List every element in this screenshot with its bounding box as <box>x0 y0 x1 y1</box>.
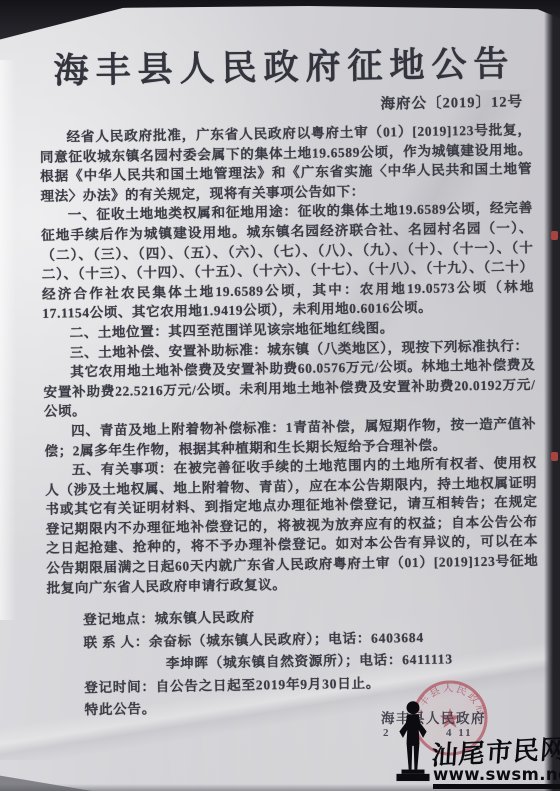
registration-time-value: 自公告之日起至2019年9月30日止。 <box>156 675 381 694</box>
document-photo: 海丰县人民政府征地公告 海府公〔2019〕12号 经省人民政府批准，广东省人民政… <box>0 0 560 791</box>
paragraph-compensation-rates: 其它农用地土地补偿费及安置补助费60.0576万元/公顷。林地土地补偿费及安置补… <box>43 355 536 422</box>
document-number: 海府公〔2019〕12号 <box>39 90 531 119</box>
paper-edge-highlight <box>0 60 16 620</box>
red-pin-icon <box>551 231 558 240</box>
registration-time-label: 登记时间： <box>84 679 156 695</box>
page-title: 海丰县人民政府征地公告 <box>38 36 531 94</box>
paragraph-section-5: 五、有关事项：在被完善征收手续的土地范围内的土地所有权者、使用权人（涉及土地权属… <box>45 453 539 598</box>
contact-person-label: 联 系 人： <box>83 634 149 650</box>
red-pin-icon <box>551 452 558 461</box>
contact-person-2: 李坤晖（城东镇自然资源所）；电话：6411113 <box>166 652 453 672</box>
announcement-document: 海丰县人民政府征地公告 海府公〔2019〕12号 经省人民政府批准，广东省人民政… <box>38 30 541 722</box>
paragraph-intro: 经省人民政府批准，广东省人民政府以粤府土审（01）[2019]123号批复，同意… <box>39 120 532 206</box>
photo-right-edge <box>544 0 560 791</box>
paragraph-section-1: 一、征收土地地类权属和征地用途：征收的集体土地19.6589公顷，经完善征地手续… <box>41 198 535 323</box>
contact-person-1: 余奋标（城东镇人民政府）；电话：6403684 <box>149 630 424 649</box>
watermark-site-url: www.swsm.net <box>433 765 560 789</box>
registration-location-label: 登记地点： <box>83 611 155 627</box>
person-silhouette-icon <box>390 694 436 789</box>
registration-location-value: 城东镇人民政府 <box>155 610 255 627</box>
site-watermark: 汕尾市民网 www.swsm.net <box>388 694 560 791</box>
